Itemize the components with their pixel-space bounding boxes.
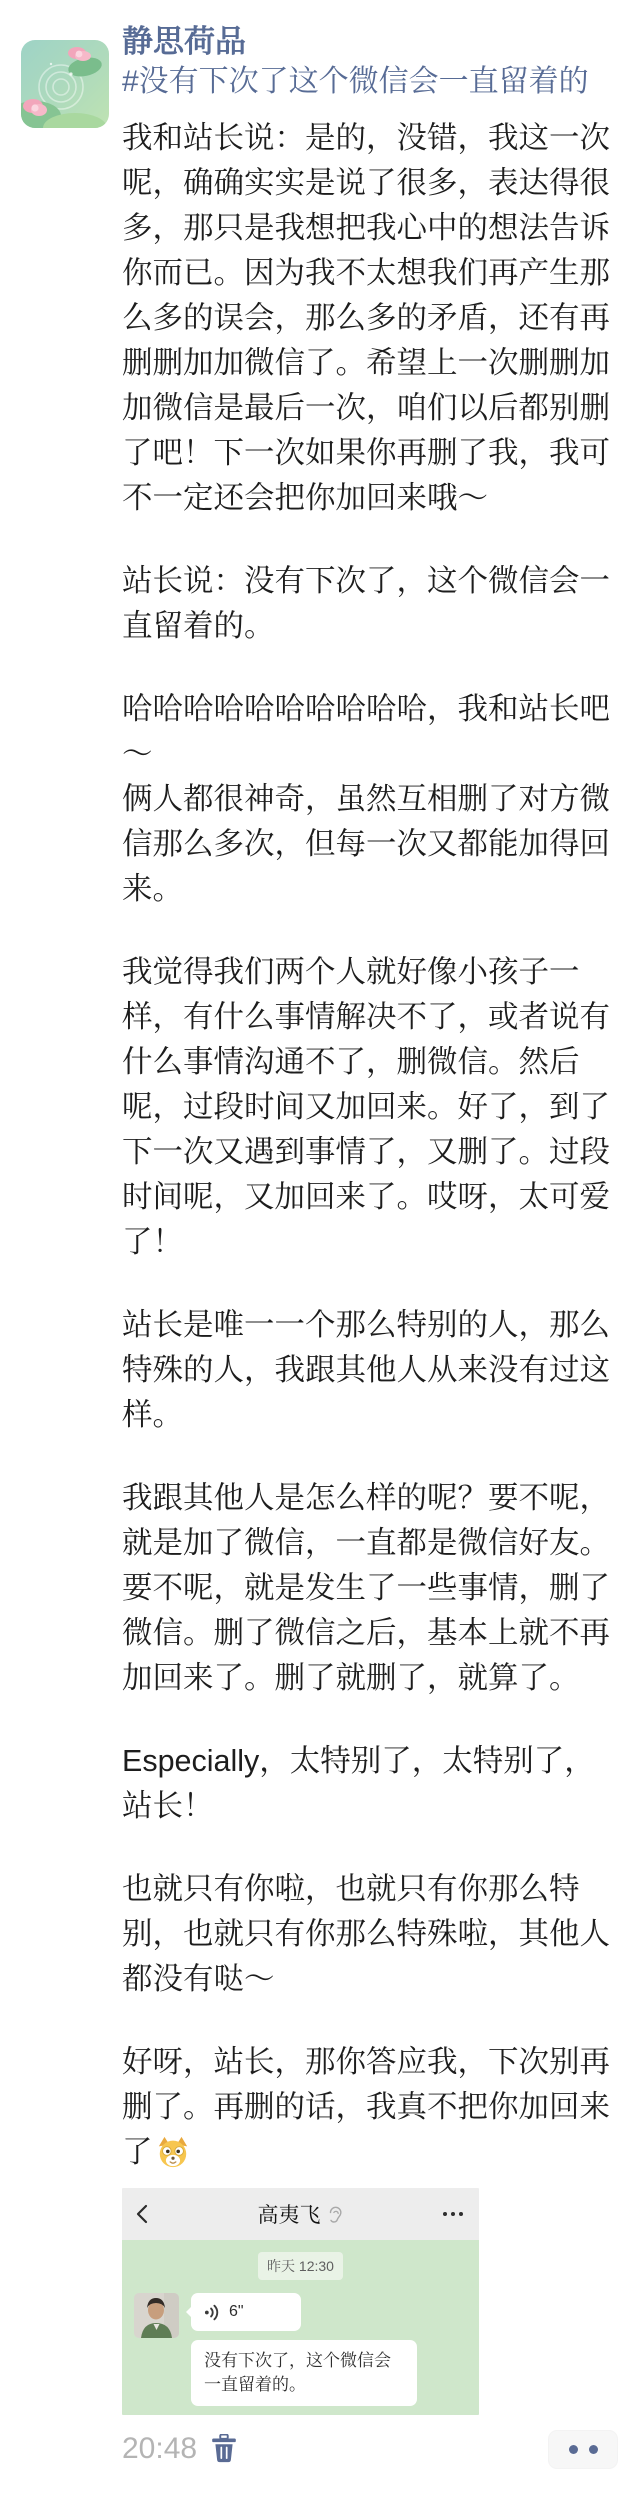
comment-like-button[interactable] [548,2430,618,2469]
paragraph: 好呀，站长，那你答应我，下次别再删了。再删的话，我真不把你加回来了 [122,2040,618,2175]
dot-icon [569,2445,578,2454]
moments-post: 静思荷品 #没有下次了这个微信会一直留着的 我和站长说：是的，没错，我这一次呢，… [0,22,640,2469]
attached-chat-screenshot[interactable]: 高夷飞 昨天 12:30 [122,2188,479,2415]
chat-title-group: 高夷飞 [258,2199,344,2229]
post-time: 20:48 [122,2432,197,2466]
paragraph: 站长说：没有下次了，这个微信会一直留着的。 [122,559,618,649]
chat-timestamp: 昨天 12:30 [258,2252,343,2280]
delete-trash-icon[interactable] [211,2434,237,2463]
earpiece-mode-icon [327,2205,344,2225]
chat-area: 昨天 12:30 [122,2240,479,2415]
voice-message-bubble: 6" [191,2293,301,2331]
paragraph: 我觉得我们两个人就好像小孩子一样，有什么事情解决不了，或者说有什么事情沟通不了，… [122,950,618,1265]
text-message-bubble: 没有下次了，这个微信会一直留着的。 [191,2340,417,2406]
voice-waves-icon [204,2304,221,2321]
paragraph: 我跟其他人是怎么样的呢？要不呢，就是加了微信，一直都是微信好友。要不呢，就是发生… [122,1476,618,1701]
paragraph: Especially，太特别了，太特别了，站长！ [122,1739,618,1829]
contact-avatar [134,2293,179,2338]
topic-hashtag-link[interactable]: #没有下次了这个微信会一直留着的 [122,62,618,102]
post-footer: 20:48 [122,2429,618,2469]
post-body: 我和站长说：是的，没错，我这一次呢，确确实实是说了很多，表达得很多，那只是我想把… [122,116,618,2175]
dot-icon [589,2445,598,2454]
dog-emoji [156,2135,190,2169]
message-row: 6" 没有下次了，这个微信会一直留着的。 [134,2293,467,2406]
author-name[interactable]: 静思荷品 [122,22,618,62]
paragraph: 站长是唯一一个那么特别的人，那么特殊的人，我跟其他人从来没有过这样。 [122,1303,618,1438]
author-avatar[interactable] [21,40,109,128]
voice-duration: 6" [229,2303,244,2321]
paragraph: 也就只有你啦，也就只有你那么特别，也就只有你那么特殊啦，其他人都没有哒～ [122,1867,618,2002]
more-icon [443,2212,463,2216]
paragraph: 我和站长说：是的，没错，我这一次呢，确确实实是说了很多，表达得很多，那只是我想把… [122,116,618,521]
chat-header: 高夷飞 [122,2188,479,2240]
back-chevron-icon [136,2204,148,2224]
chat-contact-name: 高夷飞 [258,2199,321,2229]
lotus-pond-art [21,40,109,128]
paragraph-text: 好呀，站长，那你答应我，下次别再删了。再删的话，我真不把你加回来了 [122,2045,610,2169]
paragraph: 哈哈哈哈哈哈哈哈哈哈，我和站长吧～ 俩人都很神奇，虽然互相删了对方微信那么多次，… [122,687,618,912]
message-bubbles: 6" 没有下次了，这个微信会一直留着的。 [191,2293,417,2406]
